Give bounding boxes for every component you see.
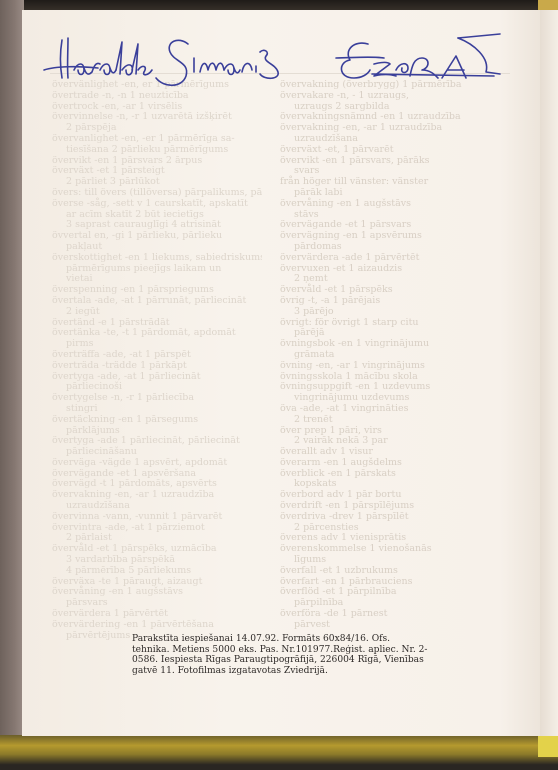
colophon-text: Parakstīta iespiešanai 14.07.92. Formāts… — [132, 634, 432, 676]
show-through-line: övning -en, -ar 1 vingrinājums — [280, 361, 490, 372]
show-through-line: tiesīšana 2 pārlieku pārmērīgums — [52, 145, 262, 156]
book-bottom-edge — [0, 735, 558, 770]
book-binding-edge — [0, 0, 24, 770]
adjacent-page-edge — [540, 10, 558, 736]
show-through-line: övervåning -en 1 augšstāvs — [280, 199, 490, 210]
show-through-line: övertrade -n, -n 1 neuzticība — [52, 91, 262, 102]
show-through-line: övervakare -n, - 1 uzraugs, — [280, 91, 490, 102]
show-through-line: överse -såg, -sett v 1 caurskatīt, apska… — [52, 199, 262, 210]
handwritten-signature — [38, 22, 508, 92]
colophon-line: 0586. Iespiesta Rīgas Paraugtipogrāfijā,… — [132, 655, 432, 666]
book-page: övervänlighet -en, er 1 pārmērīgumsövert… — [22, 10, 542, 736]
show-through-line: 2 iegūt — [52, 307, 262, 318]
show-through-right-column: övervakning (överbrygg) 1 pārmērībaöverv… — [280, 80, 490, 631]
show-through-line: övervärdera -ade 1 pārvērtēt — [280, 253, 490, 264]
colophon-line: Parakstīta iespiešanai 14.07.92. Formāts… — [132, 634, 432, 645]
show-through-line: överträda -trädde 1 pārkāpt — [52, 361, 262, 372]
colophon-line: tehnika. Metiens 5000 eks. Pas. Nr.10197… — [132, 645, 432, 656]
colophon-line: gatvē 11. Fotofilmas izgatavotas Zviedri… — [132, 666, 432, 677]
show-through-left-column: övervänlighet -en, er 1 pārmērīgumsövert… — [52, 80, 262, 641]
show-through-line: 3 pārējo — [280, 307, 490, 318]
show-through-line: övertäckning -en 1 pārsegums — [52, 415, 262, 426]
show-through-line: pārvest — [280, 620, 490, 631]
show-through-line: överväxt -et, 1 pārvarēt — [280, 145, 490, 156]
show-through-line: överskottighet -en 1 liekums, sabiedrisk… — [52, 253, 262, 264]
show-through-line: 2 trenēt — [280, 415, 490, 426]
